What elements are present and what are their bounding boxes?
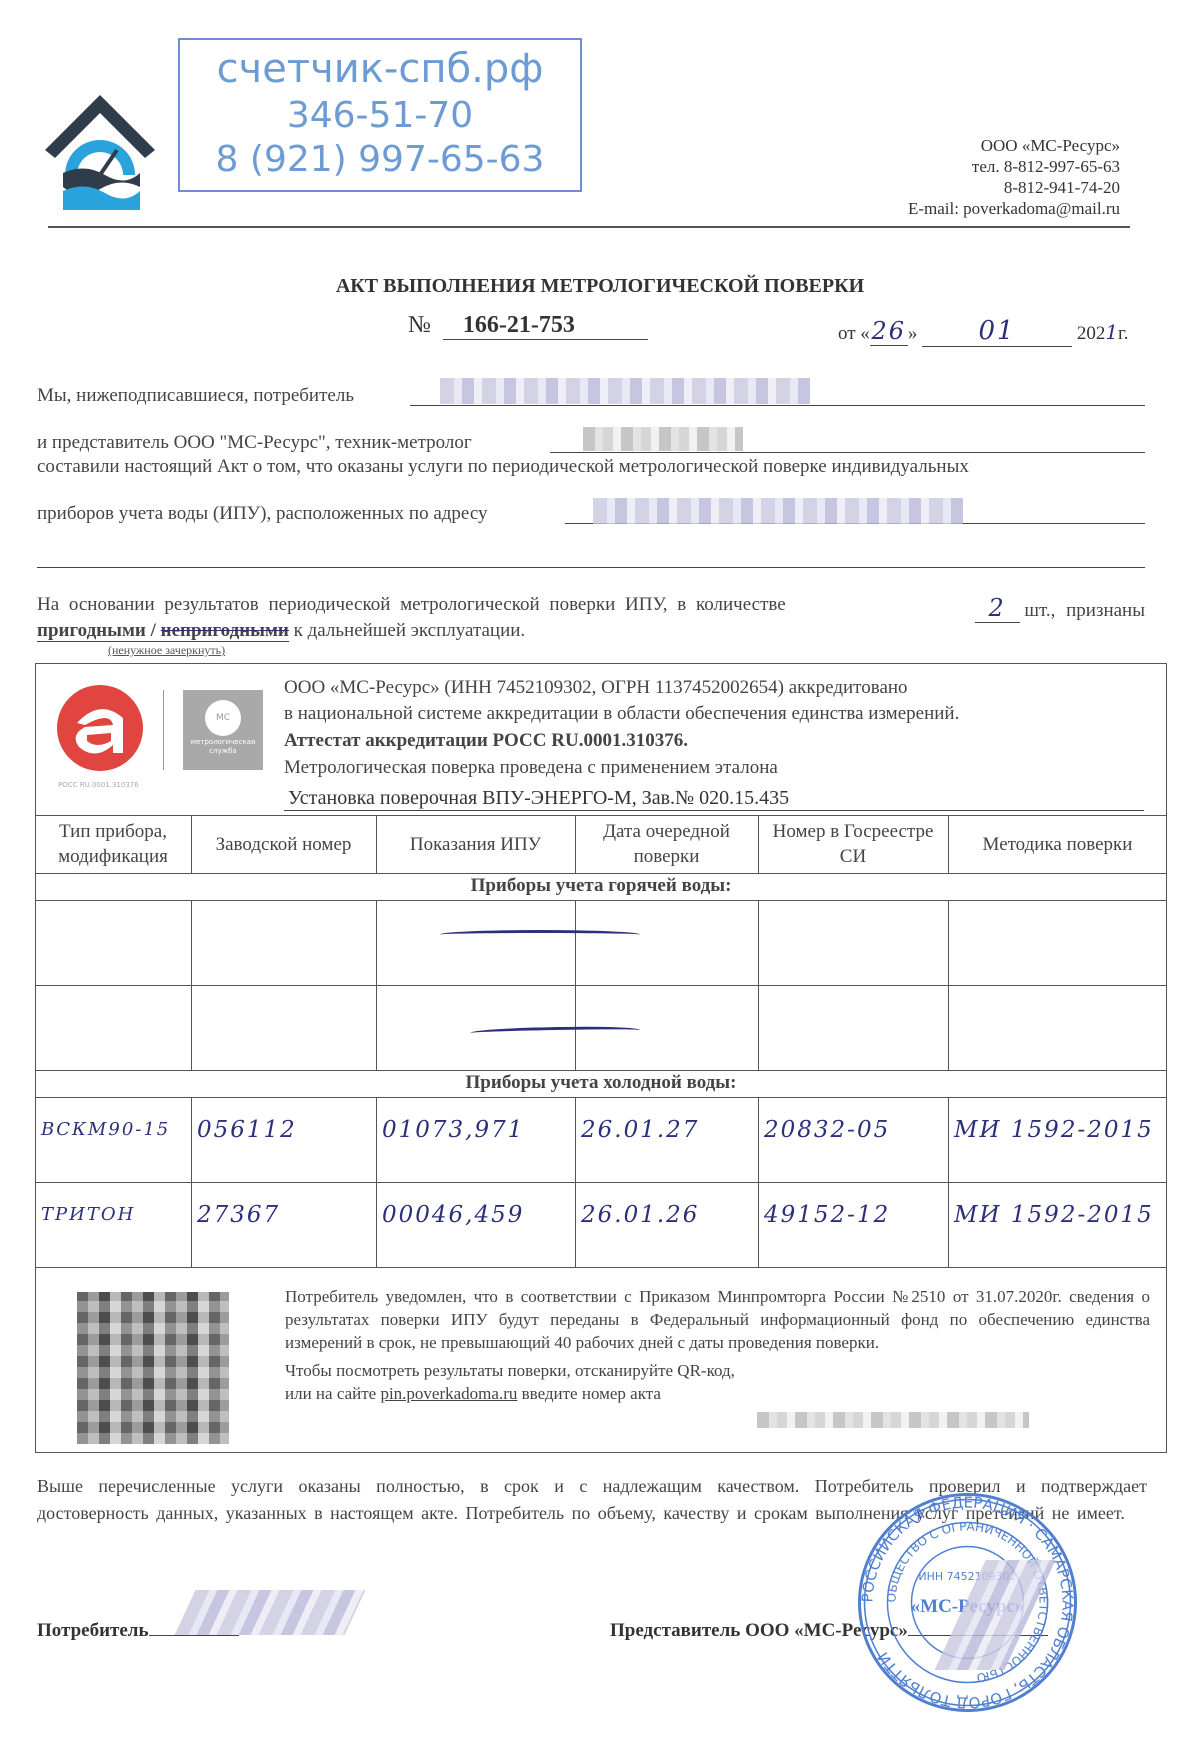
act-code-redacted <box>757 1412 1029 1428</box>
date-month: 01 <box>922 316 1072 347</box>
column-header: Дата очередной поверки <box>575 815 758 873</box>
consumer-name-redacted <box>440 378 810 404</box>
technician-name-redacted <box>583 427 743 451</box>
notice-text: Потребитель уведомлен, что в соответстви… <box>285 1285 1150 1405</box>
accreditation-logo-caption: РОСС RU.0001.310376 <box>58 781 139 789</box>
column-header: Номер в Госреестре СИ <box>758 815 948 873</box>
intro-line4: приборов учета воды (ИПУ), расположенных… <box>37 503 488 525</box>
document-title: АКТ ВЫПОЛНЕНИЯ МЕТРОЛОГИЧЕСКОЙ ПОВЕРКИ <box>0 275 1200 298</box>
reference-standard: Установка поверочная ВПУ-ЭНЕРГО-М, Зав.№… <box>284 787 1144 811</box>
contact-stamp: счетчик-спб.рф 346-51-70 8 (921) 997-65-… <box>178 38 582 192</box>
act-number: № 166-21-753 <box>408 312 648 340</box>
consumer-name-field <box>410 405 1145 406</box>
strike-note: (ненужное зачеркнуть) <box>108 643 225 658</box>
column-header: Тип прибора, модификация <box>35 815 191 873</box>
table-header-bottom <box>35 873 1167 874</box>
company-tel2: 8-812-941-74-20 <box>780 177 1120 198</box>
table-cell: ВСКМ90-15 <box>35 1097 191 1162</box>
unfit-option: непригодными <box>161 620 289 641</box>
house-water-meter-icon <box>45 95 155 210</box>
date-year-digit: 1 <box>1105 320 1118 344</box>
result-line2: пригодными / непригодными к дальнейшей э… <box>37 620 525 642</box>
intro-line3: составили настоящий Акт о том, что оказа… <box>37 456 969 478</box>
accreditation-logo <box>55 683 145 773</box>
company-logo <box>45 95 155 210</box>
meter-count: 2 <box>975 594 1020 623</box>
table-cell: МИ 1592-2015 <box>948 1097 1167 1162</box>
accreditation-a-icon <box>55 683 145 773</box>
column-header: Показания ИПУ <box>376 815 575 873</box>
company-contacts: ООО «МС-Ресурс» тел. 8-812-997-65-63 8-8… <box>780 135 1120 219</box>
results-site-link[interactable]: pin.poverkadoma.ru <box>380 1384 517 1403</box>
accreditation-line2: в национальной системе аккредитации в об… <box>284 702 959 726</box>
table-cell: 056112 <box>191 1097 376 1162</box>
logo-divider <box>163 690 164 770</box>
technician-name-field <box>550 452 1145 453</box>
result-line1: На основании результатов периодической м… <box>37 594 1145 623</box>
company-tel1: тел. 8-812-997-65-63 <box>780 156 1120 177</box>
table-cell: 49152-12 <box>758 1182 948 1247</box>
notice-paragraph: Потребитель уведомлен, что в соответстви… <box>285 1285 1150 1354</box>
accreditation-line1: ООО «МС-Ресурс» (ИНН 7452109302, ОГРН 11… <box>284 676 959 700</box>
date-day: 26 <box>870 317 908 346</box>
consumer-signature-redacted <box>175 1590 366 1635</box>
cold-water-section-title: Приборы учета холодной воды: <box>35 1072 1167 1094</box>
column-header: Заводской номер <box>191 815 376 873</box>
act-date: от «26» 01 2021г. <box>838 316 1128 347</box>
table-cell: 26.01.26 <box>575 1182 758 1247</box>
column-header: Методика поверки <box>948 815 1167 873</box>
company-name: ООО «МС-Ресурс» <box>780 135 1120 156</box>
stamp-website: счетчик-спб.рф <box>180 44 580 94</box>
intro-line2: и представитель ООО "МС-Ресурс", техник-… <box>37 432 472 454</box>
accreditation-certificate: Аттестат аккредитации РОСС RU.0001.31037… <box>284 729 959 753</box>
address-field-line2 <box>37 567 1145 568</box>
company-email: E-mail: poverkadoma@mail.ru <box>780 198 1120 219</box>
table-cell: 26.01.27 <box>575 1097 758 1162</box>
stamp-phone2: 8 (921) 997-65-63 <box>180 138 580 182</box>
act-number-value: 166-21-753 <box>443 312 648 340</box>
notice-qr-line: Чтобы посмотреть результаты поверки, отс… <box>285 1359 1150 1382</box>
table-cell: 00046,459 <box>376 1182 575 1247</box>
hot-water-section-title: Приборы учета горячей воды: <box>35 875 1167 897</box>
fit-option: пригодными / <box>37 620 156 641</box>
table-cell: ТРИТОН <box>35 1182 191 1247</box>
address-redacted <box>593 498 963 524</box>
hot-row-1-dash <box>440 930 640 939</box>
gear-icon: МС <box>205 700 241 736</box>
qr-code <box>77 1292 229 1444</box>
header-divider <box>48 226 1130 228</box>
table-cell: 20832-05 <box>758 1097 948 1162</box>
table-cell: МИ 1592-2015 <box>948 1182 1167 1247</box>
intro-line1: Мы, нижеподписавшиеся, потребитель <box>37 385 354 407</box>
table-cell: 01073,971 <box>376 1097 575 1162</box>
accreditation-text: ООО «МС-Ресурс» (ИНН 7452109302, ОГРН 11… <box>284 676 959 780</box>
stamp-phone1: 346-51-70 <box>180 94 580 138</box>
metrology-service-logo: МС метрологическая служба <box>183 690 263 770</box>
accreditation-line4: Метрологическая поверка проведена с прим… <box>284 756 959 780</box>
table-cell: 27367 <box>191 1182 376 1247</box>
